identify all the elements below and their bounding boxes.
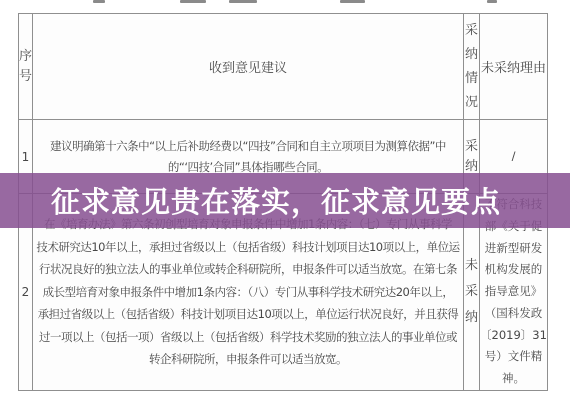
header-adoption-status-label: 采纳情况 (464, 19, 479, 115)
cutoff-text-fragment (340, 0, 365, 3)
header-reason-not-adopted: 未采纳理由 (480, 14, 548, 120)
row2-suggestion-text: 在《培育办法》第六条初创型培育对象申报条件中增加1条内容：（七）专门从事科学技术… (33, 213, 463, 371)
header-adoption-status: 采纳情况 (464, 14, 480, 120)
cutoff-text-fragment (487, 0, 497, 3)
banner-title: 征求意见贵在落实，征求意见要点 (51, 180, 501, 221)
table-header-row: 序号 收到意见建议 采纳情况 未采纳理由 (19, 14, 548, 120)
overlay-banner: 征求意见贵在落实，征求意见要点 (0, 173, 570, 228)
row1-adoption-text: 采纳 (464, 137, 479, 177)
document-page: 序号 收到意见建议 采纳情况 未采纳理由 1 建议明确第十六条中“以上后补助经费… (0, 0, 570, 400)
header-serial-number: 序号 (19, 14, 33, 120)
row2-adoption-text: 未采纳 (464, 253, 479, 331)
cutoff-text-fragment (180, 0, 206, 3)
header-serial-number-label: 序号 (19, 47, 32, 87)
row1-suggestion-text: 建议明确第十六条中“以上后补助经费以“四技”合同和自主立项项目为测算依据”中的“… (33, 136, 463, 178)
cutoff-text-fragment (229, 0, 257, 3)
header-received-suggestions: 收到意见建议 (33, 14, 464, 120)
cutoff-text-fragment (93, 0, 105, 3)
row1-reason-text: / (480, 146, 547, 168)
